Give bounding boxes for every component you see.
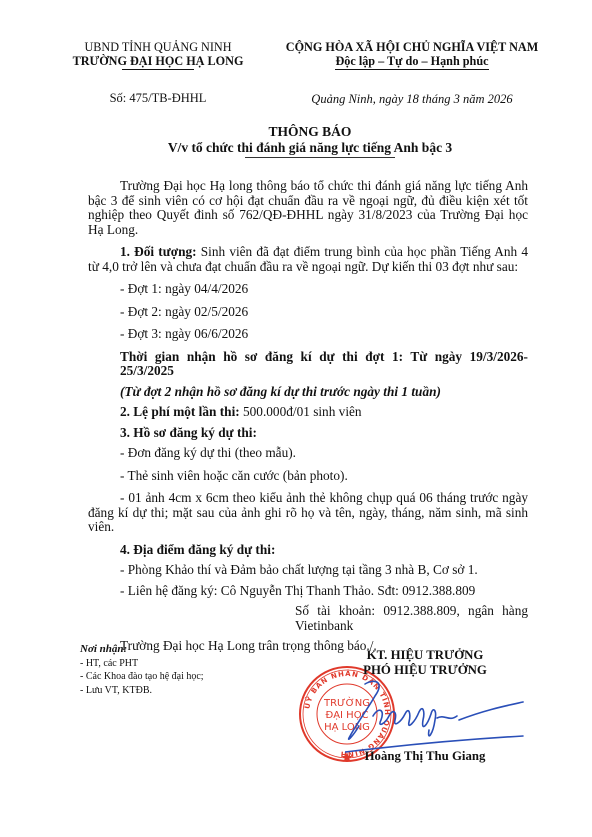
authority-name: UBND TỈNH QUẢNG NINH <box>62 40 254 54</box>
registration-period: Thời gian nhận hồ sơ đăng kí dự thi đợt … <box>88 350 528 379</box>
section-documents-label: 3. Hồ sơ đăng ký dự thi: <box>88 426 528 441</box>
document-item: - Thẻ sinh viên hoặc căn cước (bản photo… <box>88 469 528 484</box>
registration-note: (Từ đợt 2 nhận hồ sơ đăng kí dự thi trướ… <box>88 385 528 400</box>
document-body: Trường Đại học Hạ long thông báo tổ chức… <box>88 179 528 654</box>
document-page: UBND TỈNH QUẢNG NINH TRƯỜNG ĐẠI HỌC HẠ L… <box>0 0 592 837</box>
intro-paragraph: Trường Đại học Hạ long thông báo tổ chức… <box>88 179 528 237</box>
section-fee: 2. Lệ phí một lần thi: 500.000đ/01 sinh … <box>88 405 528 420</box>
recipient-item: - Lưu VT, KTĐB. <box>80 684 300 698</box>
title-subject: V/v tổ chức thi đánh giá năng lực tiếng … <box>168 140 452 155</box>
issue-date: Quảng Ninh, ngày 18 tháng 3 năm 2026 <box>262 92 562 107</box>
national-motto: Độc lập – Tự do – Hạnh phúc <box>335 54 488 70</box>
recipient-item: - Các Khoa đào tạo hệ đại học; <box>80 670 300 684</box>
title-subject-wrap: V/v tổ chức thi đánh giá năng lực tiếng … <box>168 140 452 156</box>
section-eligibility: 1. Đối tượng: Sinh viên đã đạt điểm trun… <box>88 245 528 274</box>
title-main: THÔNG BÁO <box>100 124 520 140</box>
section-eligibility-label: 1. Đối tượng: <box>120 244 197 259</box>
exam-round: - Đợt 2: ngày 02/5/2026 <box>88 305 528 320</box>
signer-authority: KT. HIỆU TRƯỞNG <box>330 648 520 663</box>
exam-round: - Đợt 3: ngày 06/6/2026 <box>88 327 528 342</box>
handwritten-signature-icon <box>345 676 525 756</box>
nation-name: CỘNG HÒA XÃ HỘI CHỦ NGHĨA VIỆT NAM <box>262 40 562 54</box>
exam-round: - Đợt 1: ngày 04/4/2026 <box>88 282 528 297</box>
recipients-block: Nơi nhận: - HT, các PHT - Các Khoa đào t… <box>80 643 300 697</box>
school-name: TRƯỜNG ĐẠI HỌC HẠ LONG <box>62 54 254 68</box>
national-header: CỘNG HÒA XÃ HỘI CHỦ NGHĨA VIỆT NAM Độc l… <box>262 40 562 70</box>
location-text: - Phòng Khảo thí và Đảm bảo chất lượng t… <box>88 563 528 578</box>
recipient-item: - HT, các PHT <box>80 657 300 671</box>
signature-block: KT. HIỆU TRƯỞNG PHÓ HIỆU TRƯỞNG Hoàng Th… <box>330 648 520 678</box>
section-location-label: 4. Địa điểm đăng ký dự thi: <box>88 543 528 558</box>
section-fee-text: 500.000đ/01 sinh viên <box>240 404 362 419</box>
document-number: Số: 475/TB-ĐHHL <box>62 91 254 106</box>
subject-underline <box>245 157 395 158</box>
bank-account-text: Số tài khoản: 0912.388.809, ngân hàng Vi… <box>88 604 528 633</box>
section-fee-label: 2. Lệ phí một lần thi: <box>120 404 240 419</box>
issuer-block: UBND TỈNH QUẢNG NINH TRƯỜNG ĐẠI HỌC HẠ L… <box>62 40 254 68</box>
school-underline <box>122 69 194 70</box>
document-title: THÔNG BÁO V/v tổ chức thi đánh giá năng … <box>100 124 520 156</box>
document-item: - 01 ảnh 4cm x 6cm theo kiểu ảnh thẻ khô… <box>88 491 528 535</box>
contact-text: - Liên hệ đăng ký: Cô Nguyễn Thị Thanh T… <box>88 584 528 599</box>
recipients-title: Nơi nhận: <box>80 643 300 657</box>
document-item: - Đơn đăng ký dự thi (theo mẫu). <box>88 446 528 461</box>
